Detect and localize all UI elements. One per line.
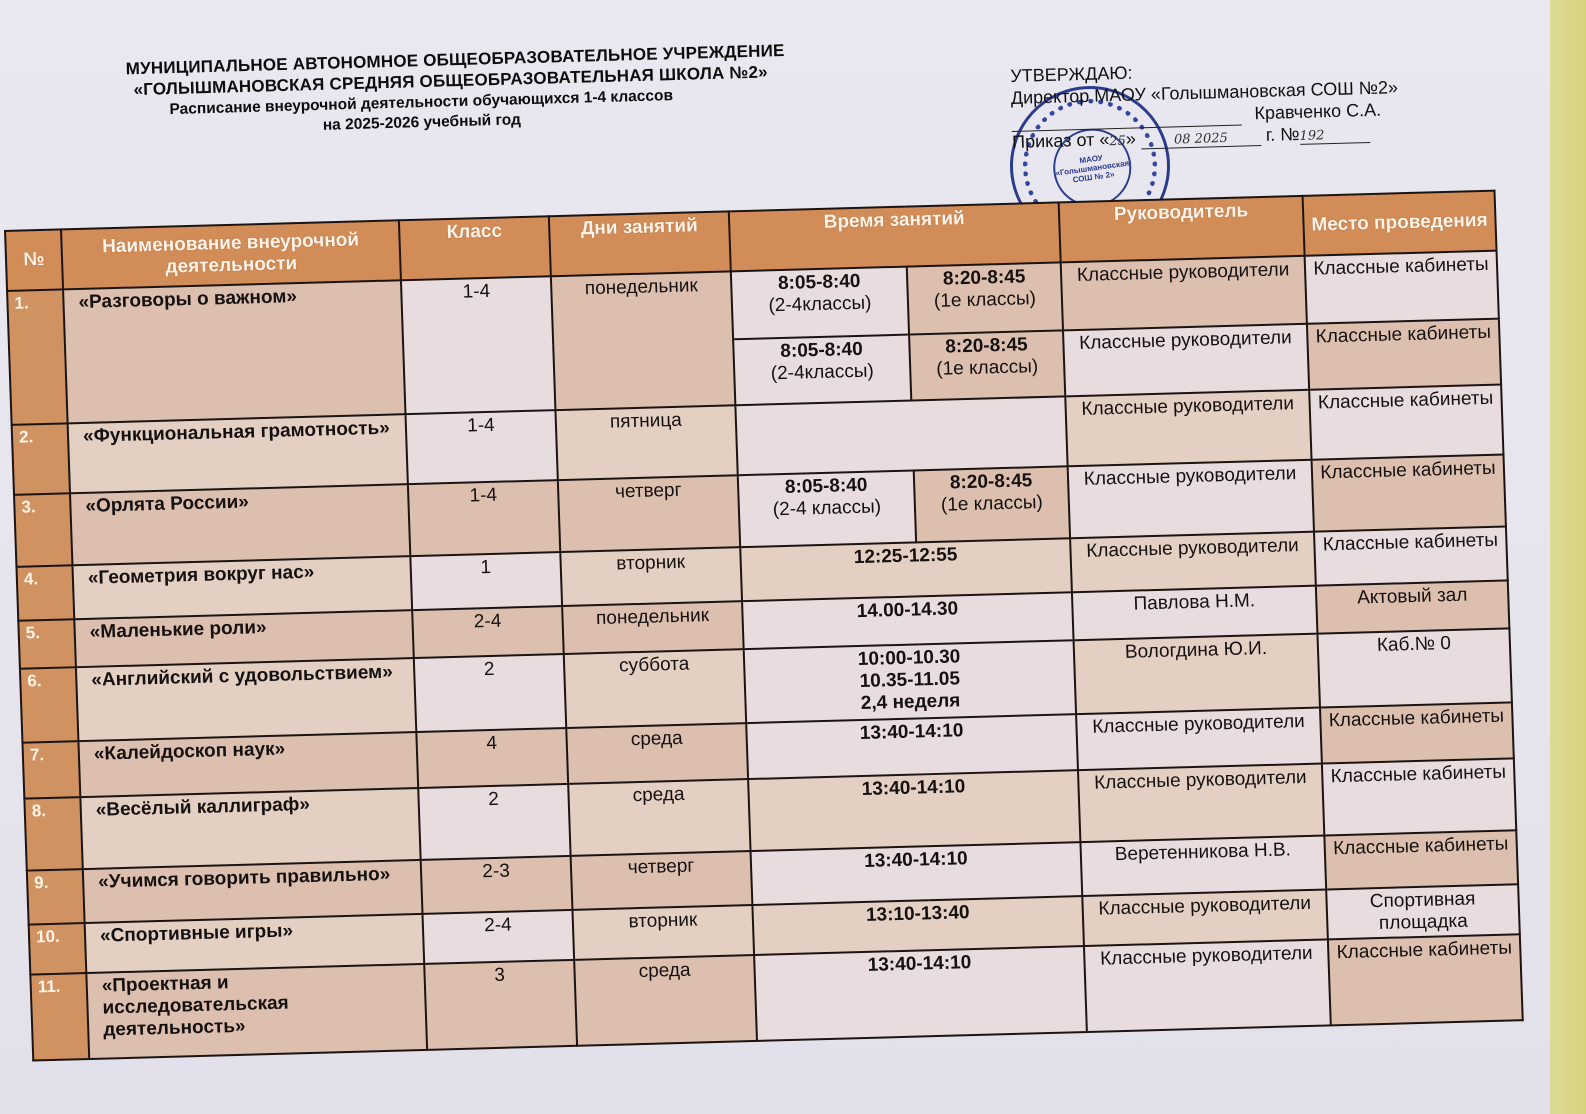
activity-name: «Геометрия вокруг нас» [72, 556, 412, 619]
row-number: 1. [7, 289, 68, 424]
row-number: 2. [12, 423, 70, 494]
place-cell: Спортивная площадка [1326, 884, 1520, 939]
activity-name: «Проектная и исследовательская деятельно… [86, 964, 427, 1059]
activity-name: «Учимся говорить правильно» [83, 860, 423, 923]
order-day: 25 [1109, 134, 1126, 149]
class-cell: 1-4 [401, 276, 556, 414]
class-cell: 2 [418, 784, 570, 860]
row-number: 3. [14, 493, 72, 566]
place-cell: Классные кабинеты [1324, 830, 1518, 889]
days-cell: среда [566, 723, 748, 784]
place-cell: Классные кабинеты [1312, 455, 1506, 532]
time-range: 8:20-8:45 [943, 266, 1026, 289]
leader-cell: Классные руководители [1084, 939, 1331, 1032]
leader-cell: Классные руководители [1068, 460, 1314, 539]
days-cell: четверг [558, 475, 740, 552]
time-cell: 8:05-8:40(2-4 классы) [738, 470, 916, 547]
row-number: 9. [27, 869, 85, 924]
days-cell: суббота [564, 649, 746, 728]
time-group: (1е классы) [915, 356, 1060, 382]
days-cell: среда [568, 779, 750, 856]
days-cell: пятница [555, 405, 737, 480]
place-cell: Классные кабинеты [1309, 385, 1503, 460]
leader-cell: Классные руководители [1065, 390, 1311, 467]
column-header-leader: Руководитель [1059, 196, 1305, 263]
class-cell: 2-4 [412, 606, 564, 658]
time-cell: 12:25-12:55 [740, 538, 1072, 601]
activity-name: «Спортивные игры» [85, 914, 425, 973]
activity-name: «Калейдоскоп наук» [78, 732, 418, 797]
days-cell: четверг [571, 851, 753, 910]
class-cell: 4 [416, 728, 568, 788]
activity-name: «Английский с удовольствием» [76, 658, 416, 741]
activity-name: «Функциональная грамотность» [68, 414, 408, 493]
order-number: 192 [1299, 127, 1369, 145]
class-cell: 1 [410, 552, 562, 610]
leader-cell: Классные руководители [1061, 256, 1307, 331]
activity-name: «Разговоры о важном» [63, 280, 405, 423]
order-date: 08 2025 [1141, 130, 1261, 149]
days-cell: понедельник [551, 271, 735, 410]
time-range: 8:05-8:40 [780, 339, 863, 362]
time-group: (1е классы) [913, 288, 1058, 314]
approval-block: УТВЕРЖДАЮ: Директор МАОУ «Голышмановская… [1010, 52, 1502, 154]
activity-name: «Весёлый каллиграф» [80, 788, 420, 869]
leader-cell: Классные руководители [1063, 324, 1309, 397]
time-cell: 10:00-10.3010.35-11.052,4 неделя [744, 640, 1076, 723]
time-cell: 8:05-8:40(2-4классы) [733, 335, 911, 406]
time-cell: 8:20-8:45(1е классы) [907, 262, 1063, 334]
time-cell: 13:10-13:40 [752, 896, 1084, 955]
leader-name: Павлова Н.М. [1072, 586, 1318, 641]
leader-name: Вологдина Ю.И. [1074, 634, 1320, 715]
time-cell: 8:20-8:45(1е классы) [909, 330, 1065, 400]
order-close-quote: » [1126, 129, 1137, 149]
time-cell: 8:05-8:40(2-4классы) [731, 267, 909, 340]
leader-cell: Классные руководители [1076, 708, 1322, 771]
place-cell: Актовый зал [1316, 580, 1510, 633]
leader-cell: Классные руководители [1082, 889, 1328, 946]
place-cell: Классные кабинеты [1307, 319, 1501, 390]
row-number: 7. [22, 741, 80, 798]
row-number: 5. [18, 619, 76, 668]
time-range: 8:05-8:40 [778, 271, 861, 294]
time-group: (2-4классы) [739, 360, 906, 386]
class-cell: 3 [424, 960, 577, 1050]
time-cell: 13:40-14:10 [751, 842, 1083, 905]
time-group: (2-4классы) [737, 292, 904, 318]
wall-background [1546, 0, 1586, 1114]
column-header-days: Дни занятий [549, 211, 731, 276]
column-header-class: Класс [399, 216, 551, 280]
place-cell: Классные кабинеты [1322, 758, 1516, 835]
leader-name: Веретенникова Н.В. [1080, 836, 1326, 897]
time-cell: 13:40-14:10 [746, 714, 1078, 779]
row-number: 10. [29, 923, 87, 974]
time-range: 8:05-8:40 [785, 475, 868, 498]
leader-cell: Классные руководители [1070, 532, 1316, 593]
days-cell: понедельник [562, 601, 744, 654]
time-cell: 8:20-8:45(1е классы) [914, 466, 1070, 542]
place-cell: Классные кабинеты [1328, 934, 1523, 1025]
order-year-suffix: г. № [1266, 124, 1300, 145]
class-cell: 2-3 [421, 856, 573, 914]
column-header-number: № [5, 229, 63, 290]
row-number: 4. [16, 565, 74, 620]
place-cell: Классные кабинеты [1314, 526, 1508, 585]
column-header-time: Время занятий [729, 202, 1061, 271]
place-cell: Классные кабинеты [1305, 251, 1499, 324]
leader-cell: Классные руководители [1078, 764, 1324, 843]
column-header-place: Место проведения [1303, 191, 1497, 256]
days-cell: вторник [572, 905, 754, 960]
time-group: (1е классы) [920, 491, 1065, 517]
days-cell: среда [574, 955, 757, 1046]
signer-name: Кравченко С.А. [1254, 100, 1381, 124]
schedule-table-container: № Наименование внеурочной деятельности К… [4, 189, 1552, 1062]
class-cell: 1-4 [408, 480, 560, 556]
time-group: (2-4 классы) [744, 496, 911, 522]
time-range: 8:20-8:45 [945, 334, 1028, 357]
time-cell: 13:40-14:10 [754, 946, 1087, 1041]
schedule-table: № Наименование внеурочной деятельности К… [4, 190, 1524, 1062]
class-cell: 1-4 [405, 410, 557, 484]
row-number: 11. [30, 973, 89, 1060]
column-header-name: Наименование внеурочной деятельности [61, 220, 401, 289]
place-cell: Каб.№ 0 [1317, 628, 1511, 707]
row-number: 8. [24, 797, 82, 870]
activity-name: «Орлята России» [70, 484, 410, 565]
time-cell: 13:40-14:10 [748, 770, 1080, 851]
days-cell: вторник [560, 547, 742, 606]
row-number: 6. [20, 667, 78, 742]
class-cell: 2 [414, 654, 566, 732]
time-cell [735, 396, 1067, 475]
order-prefix: Приказ от « [1012, 129, 1110, 152]
place-cell: Классные кабинеты [1320, 702, 1514, 763]
time-range: 8:20-8:45 [950, 470, 1033, 493]
class-cell: 2-4 [423, 910, 575, 964]
